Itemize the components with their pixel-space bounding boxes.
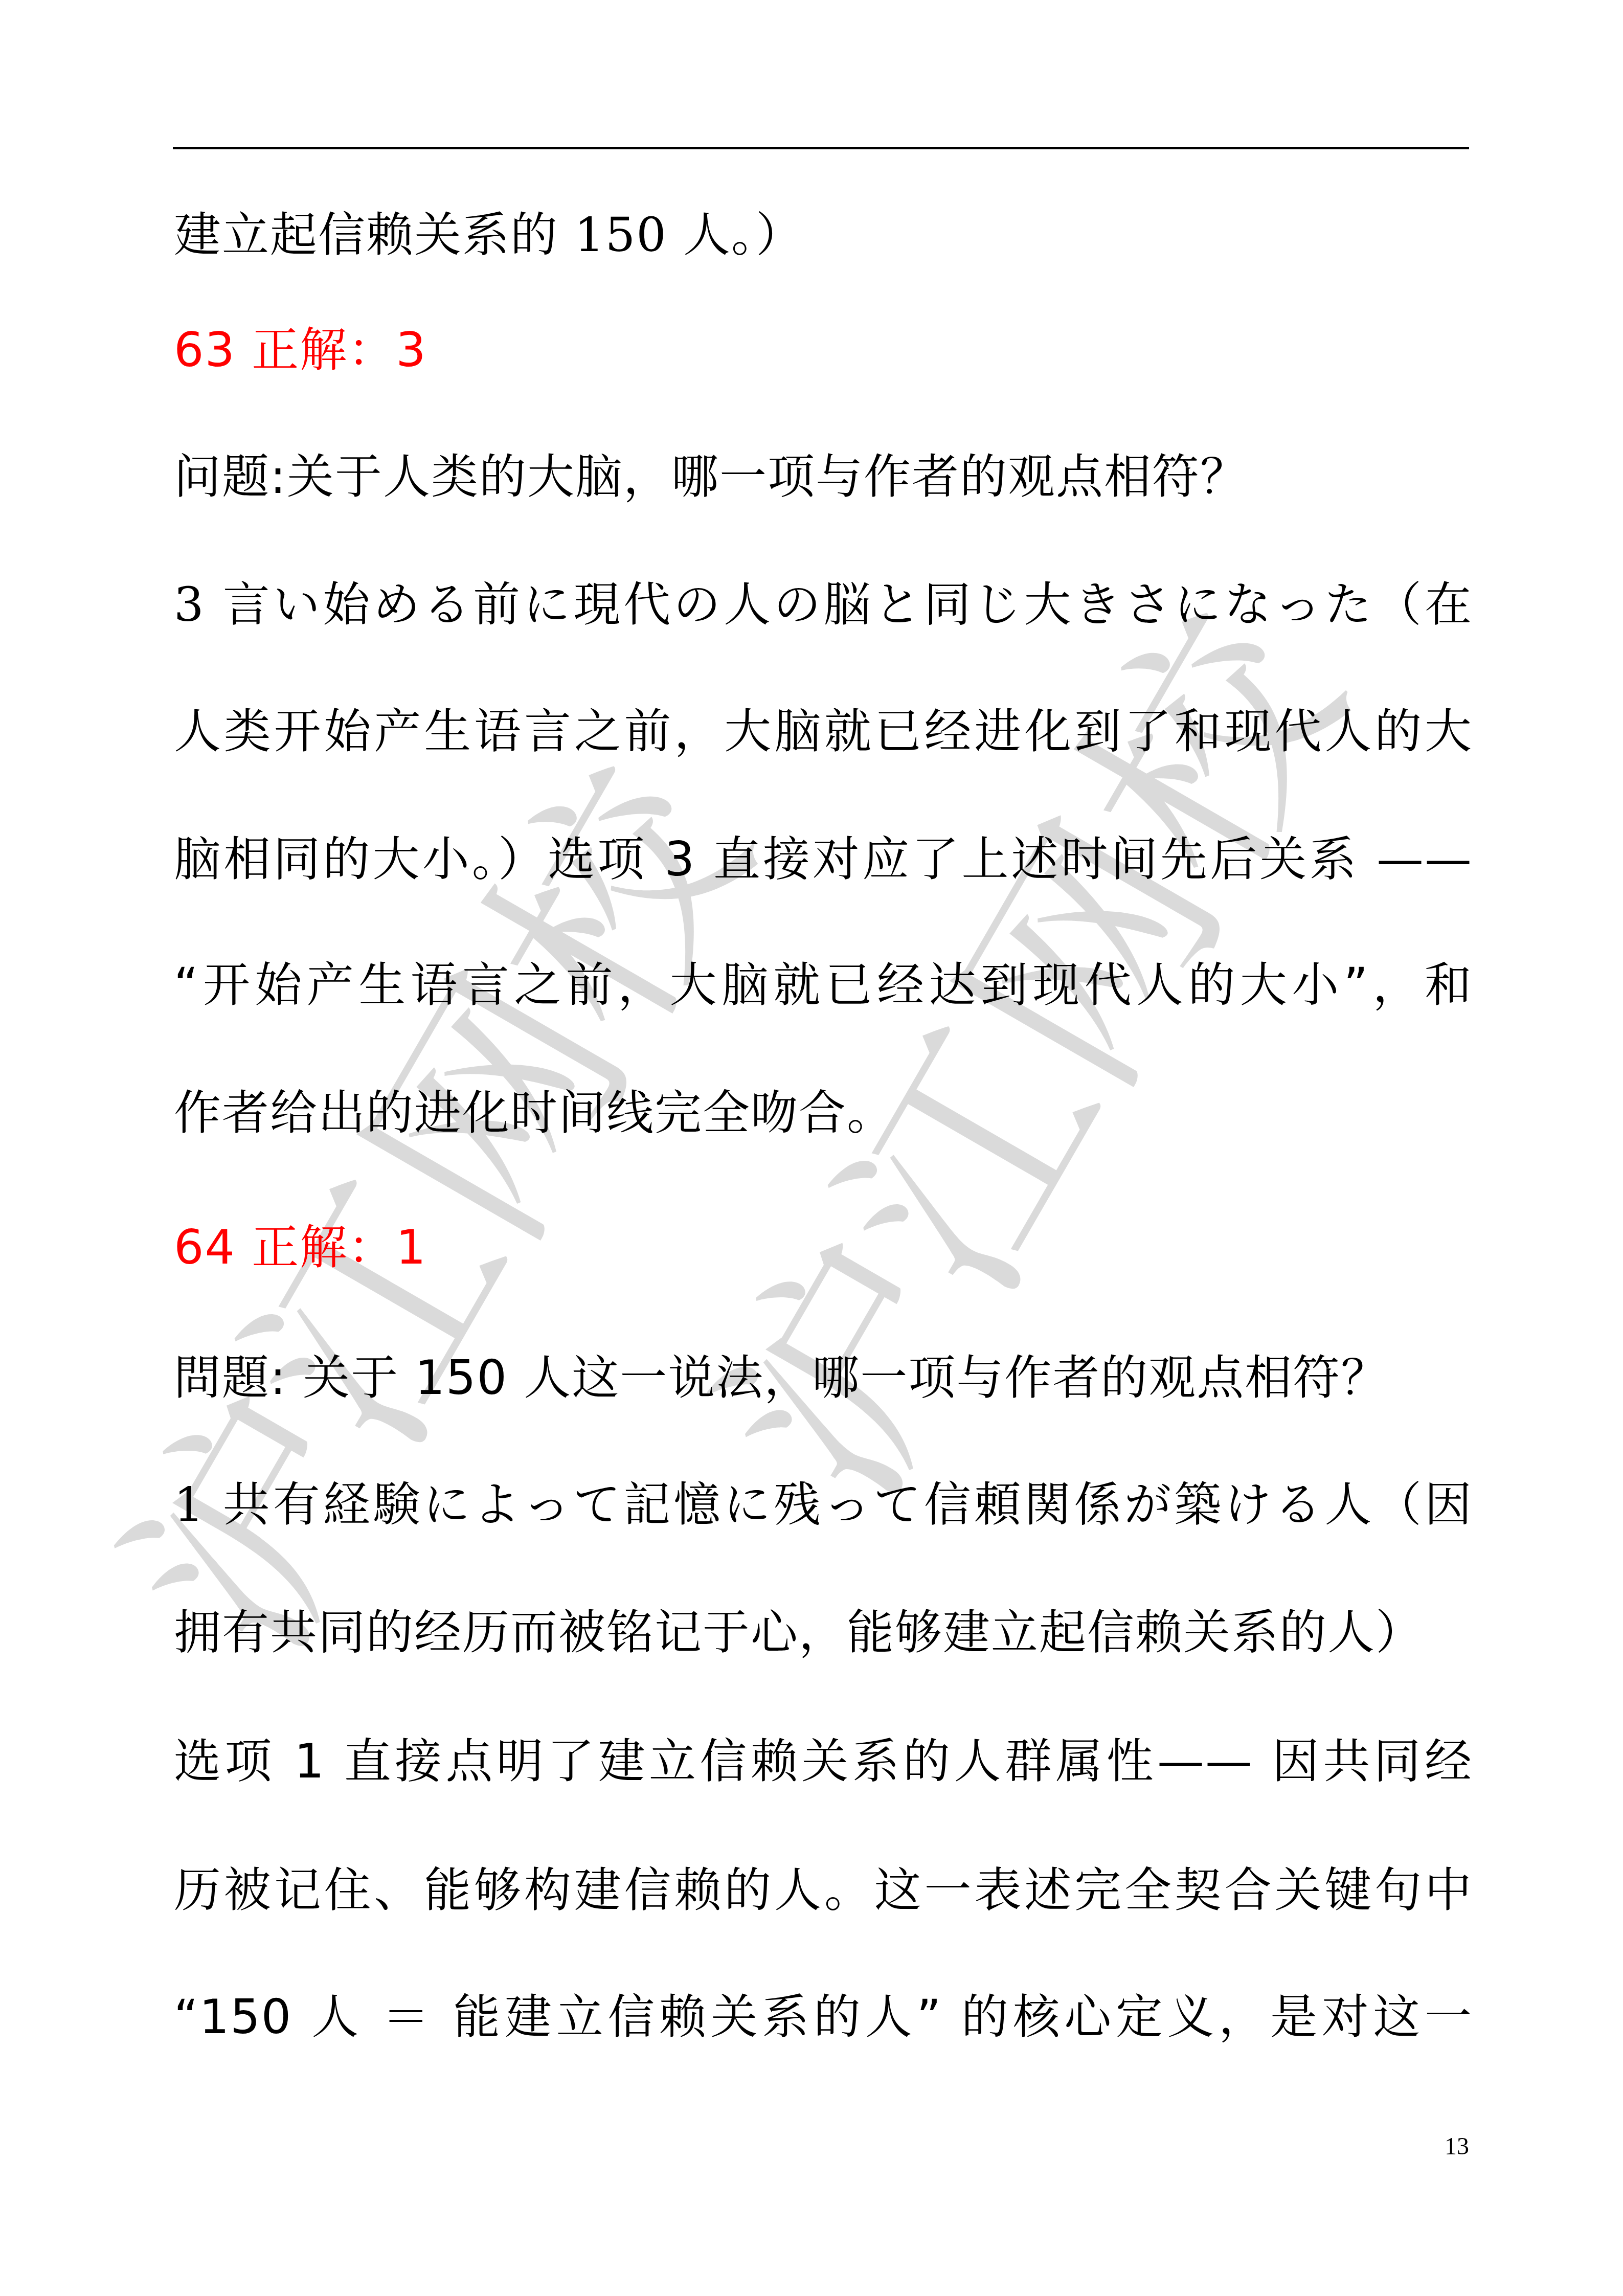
page-number: 13: [1445, 2132, 1469, 2160]
answer-heading-64: 64 正解：1: [174, 1220, 1473, 1276]
question-64: 問題: 关于 150 人这一说法，哪一项与作者的观点相符？: [174, 1350, 1473, 1406]
option-1-japanese: 1 共有経験によって記憶に残って信頼関係が築ける人（因: [174, 1477, 1473, 1533]
explanation-line: 人类开始产生语言之前，大脑就已经进化到了和现代人的大: [174, 704, 1473, 760]
option-3-japanese: 3 言い始める前に現代の人の脳と同じ大きさになった（在: [174, 577, 1473, 633]
explanation-line: 历被记住、能够构建信赖的人。这一表述完全契合关键句中: [174, 1862, 1473, 1919]
page-content: 建立起信赖关系的 150 人。） 63 正解：3 问题:关于人类的大脑，哪一项与…: [0, 0, 1623, 2296]
explanation-line: 选项 1 直接点明了建立信赖关系的人群属性—— 因共同经: [174, 1734, 1473, 1790]
text-line-continuation: 建立起信赖关系的 150 人。）: [174, 207, 1473, 263]
header-rule: [173, 147, 1469, 149]
explanation-line: 脑相同的大小。）选项 3 直接对应了上述时间先后关系 ——: [174, 831, 1473, 888]
document-page: 沪江网校 沪江网校 建立起信赖关系的 150 人。） 63 正解：3 问题:关于…: [0, 0, 1623, 2296]
question-63: 问题:关于人类的大脑，哪一项与作者的观点相符？: [174, 449, 1473, 505]
answer-heading-63: 63 正解：3: [174, 322, 1473, 378]
explanation-line: 拥有共同的经历而被铭记于心，能够建立起信赖关系的人）: [174, 1605, 1473, 1661]
explanation-line: “150 人 ＝ 能建立信赖关系的人” 的核心定义，是对这一: [174, 1989, 1473, 2045]
explanation-line: 作者给出的进化时间线完全吻合。: [174, 1085, 1473, 1141]
explanation-line: “开始产生语言之前，大脑就已经达到现代人的大小”，和: [174, 957, 1473, 1014]
